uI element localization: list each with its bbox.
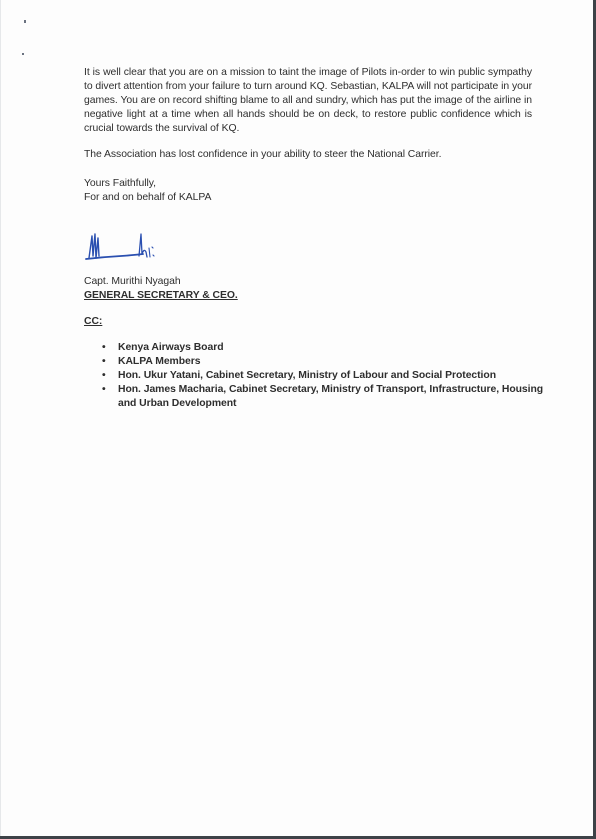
salutation: Yours Faithfully,: [84, 177, 384, 191]
bullet-icon: •: [102, 383, 106, 397]
bullet-icon: •: [102, 341, 106, 355]
signer-title: GENERAL SECRETARY & CEO.: [84, 289, 384, 303]
cc-recipient: Hon. James Macharia, Cabinet Secretary, …: [118, 384, 543, 409]
scan-speck: [24, 20, 26, 23]
cc-recipient: KALPA Members: [118, 356, 201, 367]
on-behalf-line: For and on behalf of KALPA: [84, 191, 384, 205]
signature-icon: [83, 228, 163, 264]
body-paragraph-1: It is well clear that you are on a missi…: [84, 66, 532, 136]
cc-recipient-list: •Kenya Airways Board •KALPA Members •Hon…: [84, 341, 544, 411]
cc-recipient: Hon. Ukur Yatani, Cabinet Secretary, Min…: [118, 370, 496, 381]
cc-label: CC:: [84, 315, 102, 329]
list-item: •Hon. Ukur Yatani, Cabinet Secretary, Mi…: [84, 369, 544, 383]
closing-block: Yours Faithfully, For and on behalf of K…: [84, 177, 384, 205]
scan-speck: [22, 53, 24, 55]
signer-name: Capt. Murithi Nyagah: [84, 275, 384, 289]
bullet-icon: •: [102, 369, 106, 383]
cc-recipient: Kenya Airways Board: [118, 342, 224, 353]
list-item: •Hon. James Macharia, Cabinet Secretary,…: [84, 383, 544, 411]
list-item: •Kenya Airways Board: [84, 341, 544, 355]
body-paragraph-2: The Association has lost confidence in y…: [84, 148, 544, 162]
bullet-icon: •: [102, 355, 106, 369]
list-item: •KALPA Members: [84, 355, 544, 369]
signer-block: Capt. Murithi Nyagah GENERAL SECRETARY &…: [84, 275, 384, 303]
document-page: It is well clear that you are on a missi…: [0, 0, 594, 836]
